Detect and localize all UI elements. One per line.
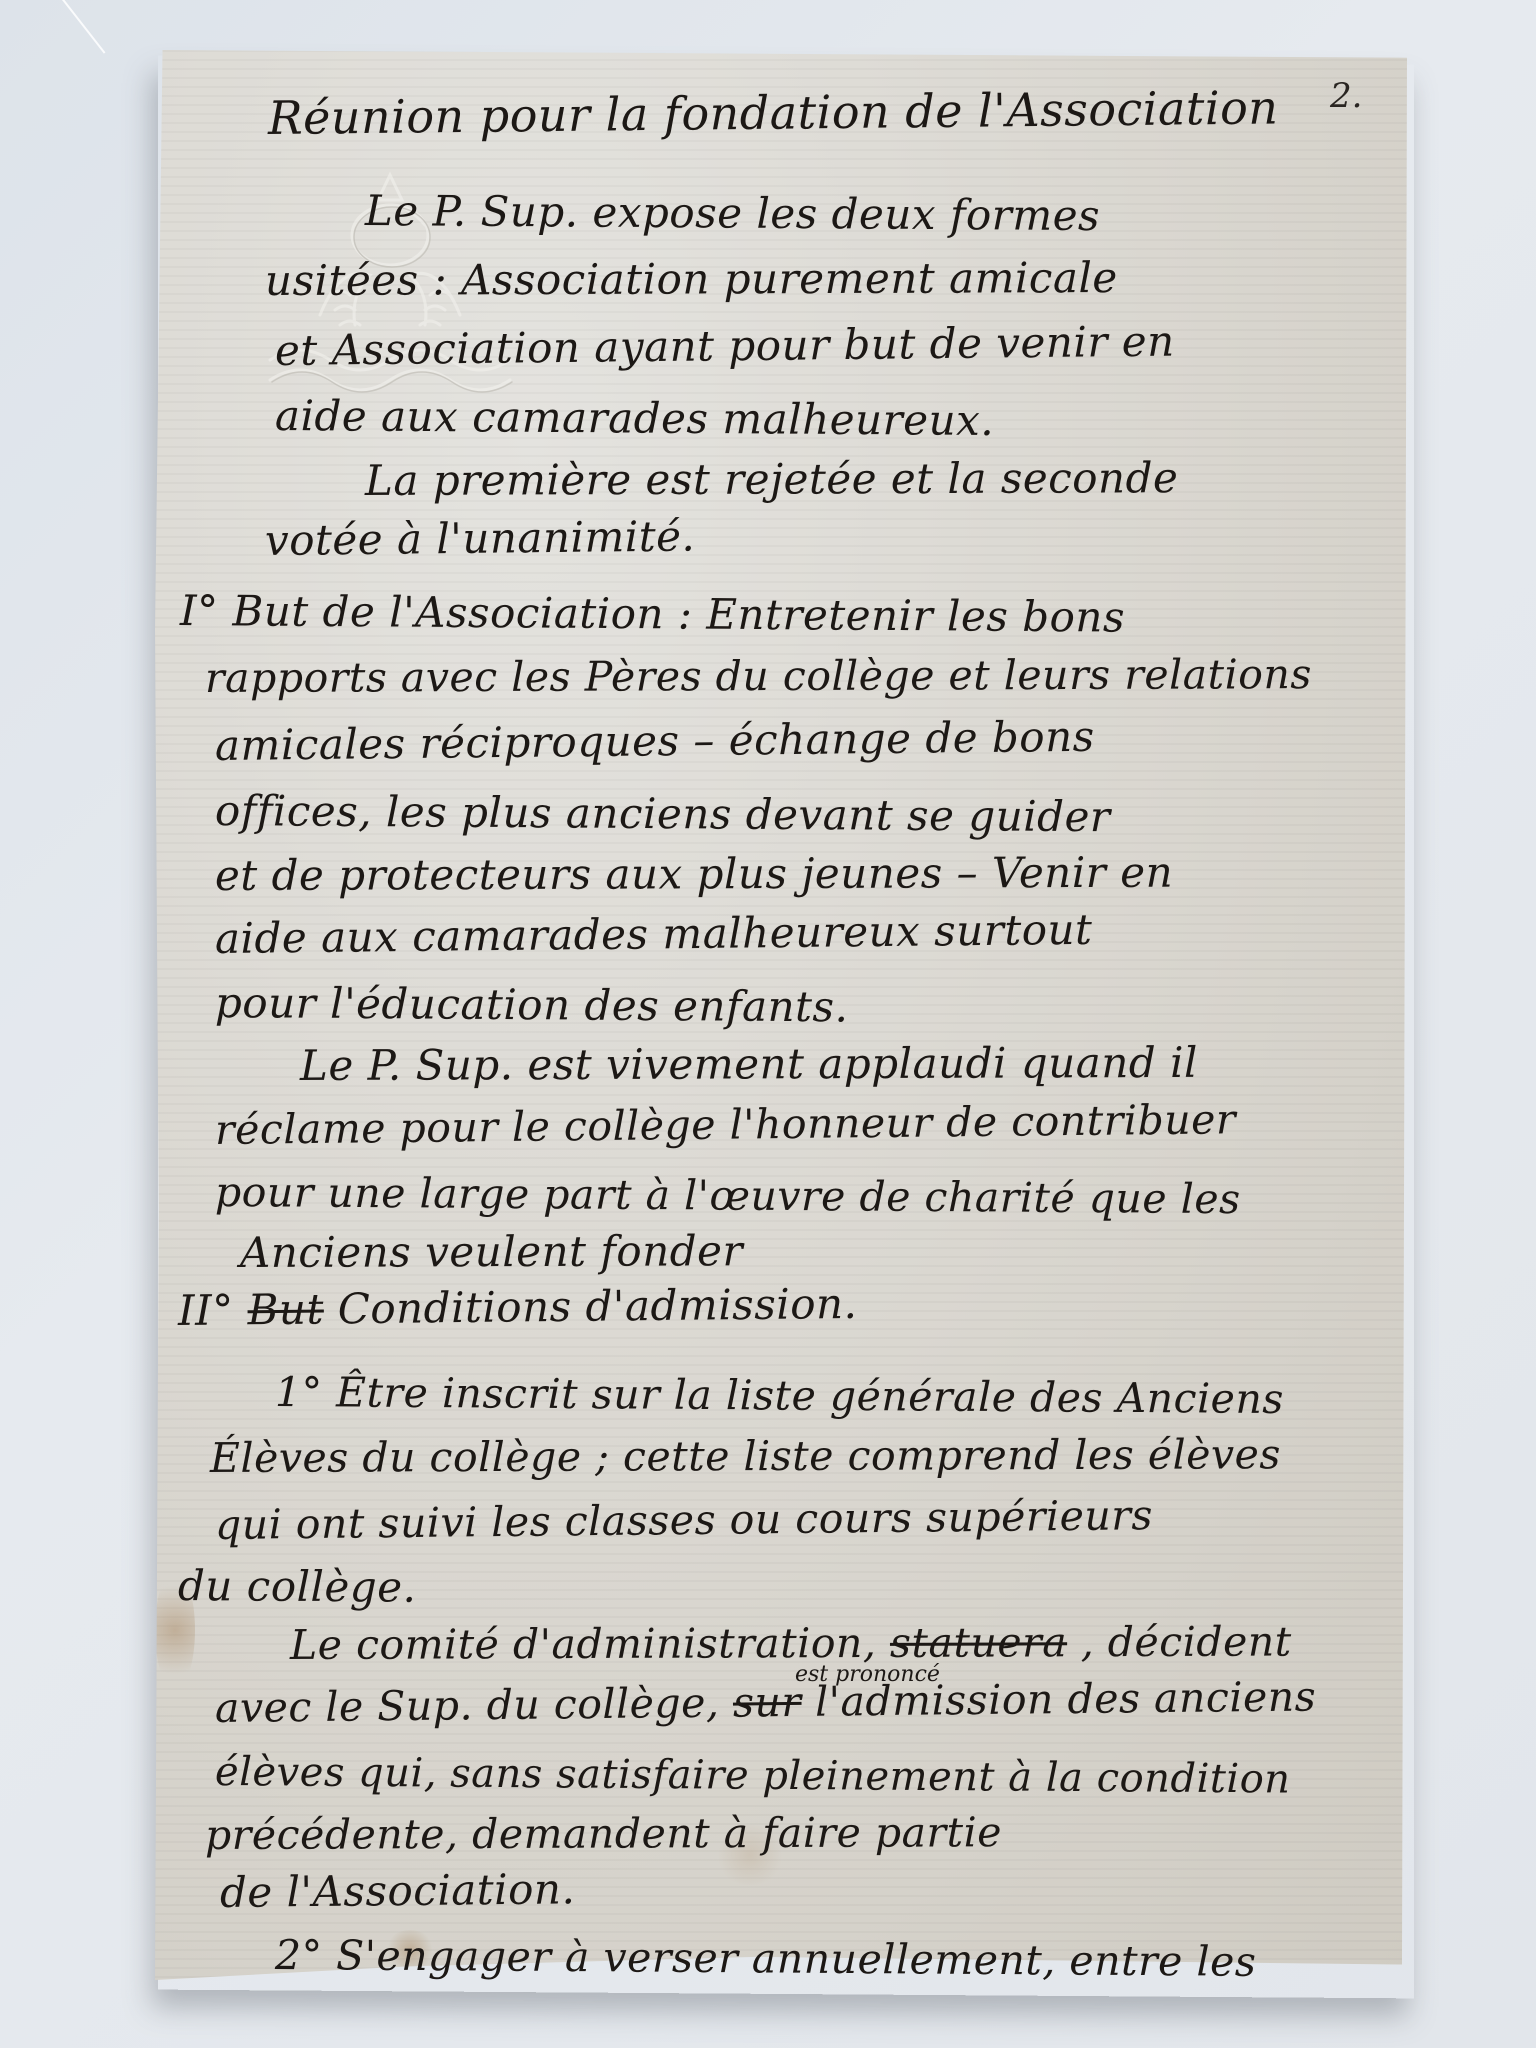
text: La première est rejetée et la seconde — [365, 453, 1178, 505]
manuscript-line: votée à l'unanimité. — [265, 515, 696, 562]
manuscript-line: 1° Être inscrit sur la liste générale de… — [275, 1372, 1284, 1420]
text: avec le Sup. du collège, — [215, 1679, 720, 1732]
manuscript-line: amicales réciproques – échange de bons — [215, 716, 1095, 767]
text: et de protecteurs aux plus jeunes – Veni… — [215, 848, 1173, 900]
text: usitées : Association purement amicale — [265, 253, 1118, 305]
manuscript-line: rapports avec les Pères du collège et le… — [205, 654, 1312, 699]
document-title: Réunion pour la fondation de l'Associati… — [268, 84, 1279, 141]
manuscript-line: aide aux camarades malheureux. — [275, 395, 994, 442]
manuscript-line: précédente, demandent à faire partie — [205, 1812, 1002, 1856]
manuscript-line: réclame pour le collège l'honneur de con… — [215, 1099, 1236, 1151]
manuscript-line: Le P. Sup. est vivement applaudi quand i… — [300, 1042, 1198, 1087]
manuscript-line: La première est rejetée et la seconde — [365, 457, 1178, 502]
manuscript-line: Le P. Sup. expose les deux formes — [365, 190, 1100, 237]
manuscript-line: aide aux camarades malheureux surtout — [215, 909, 1093, 960]
text: aide aux camarades malheureux. — [275, 391, 994, 445]
manuscript-line: qui ont suivi les classes ou cours supér… — [215, 1495, 1153, 1546]
struck-after: sur — [733, 1678, 802, 1727]
text: élèves qui, sans satisfaire pleinement à… — [215, 1749, 1291, 1803]
text: pour une large part à l'œuvre de charité… — [215, 1168, 1241, 1223]
struck: But — [247, 1284, 324, 1334]
text: Le comité d'administration, — [290, 1619, 877, 1669]
text: votée à l'unanimité. — [265, 511, 696, 565]
manuscript-line: Anciens veulent fonder — [240, 1230, 743, 1274]
manuscript-line: I° But de l'Association : Entretenir les… — [180, 590, 1125, 639]
text: Anciens veulent fonder — [240, 1226, 743, 1277]
text: précédente, demandent à faire partie — [205, 1808, 1002, 1859]
text: 2° S'engager à verser annuellement, entr… — [275, 1931, 1257, 1986]
text: amicales réciproques – échange de bons — [215, 712, 1095, 770]
text: du collège. — [178, 1561, 417, 1612]
text: 1° Être inscrit sur la liste générale de… — [275, 1368, 1284, 1423]
text: I° But de l'Association : Entretenir les… — [180, 586, 1125, 642]
page-number: 2. — [1330, 76, 1362, 116]
text: et Association ayant pour but de venir e… — [275, 317, 1175, 375]
prefix: II° — [178, 1285, 248, 1335]
manuscript-line: de l'Association. — [220, 1868, 576, 1914]
manuscript-line: pour une large part à l'œuvre de charité… — [215, 1172, 1241, 1220]
manuscript-line: élèves qui, sans satisfaire pleinement à… — [215, 1752, 1291, 1800]
text: Réunion pour la fondation de l'Associati… — [268, 80, 1279, 145]
text: aide aux camarades malheureux surtout — [215, 905, 1093, 963]
manuscript-line: usitées : Association purement amicale — [265, 257, 1118, 302]
manuscript-line: et de protecteurs aux plus jeunes – Veni… — [215, 852, 1173, 897]
text: Conditions d'admission. — [337, 1279, 857, 1333]
manuscript-line: pour l'éducation des enfants. — [215, 982, 849, 1028]
manuscript-line: II° But Conditions d'admission. — [178, 1283, 858, 1332]
struck-after: statuera — [890, 1618, 1067, 1667]
manuscript-line: Élèves du collège ; cette liste comprend… — [210, 1434, 1281, 1479]
text: pour l'éducation des enfants. — [215, 978, 849, 1031]
text: qui ont suivi les classes ou cours supér… — [215, 1491, 1153, 1549]
text: rapports avec les Pères du collège et le… — [205, 650, 1312, 702]
manuscript-line: Le comité d'administration, statuera , d… — [290, 1622, 1292, 1666]
interlinear-insertion: est prononcé — [795, 1662, 940, 1687]
manuscript-line: avec le Sup. du collège, sur l'admission… — [215, 1676, 1317, 1729]
text-after: , décident — [1081, 1618, 1292, 1667]
manuscript-line: du collège. — [178, 1565, 417, 1609]
manuscript-line: offices, les plus anciens devant se guid… — [215, 790, 1111, 838]
manuscript-line: 2° S'engager à verser annuellement, entr… — [275, 1935, 1257, 1983]
manuscript-line: et Association ayant pour but de venir e… — [275, 321, 1175, 372]
background-scratch — [62, 0, 105, 54]
text: Le P. Sup. est vivement applaudi quand i… — [300, 1038, 1198, 1090]
text: Le P. Sup. expose les deux formes — [365, 186, 1100, 240]
text: de l'Association. — [220, 1864, 576, 1917]
text: offices, les plus anciens devant se guid… — [215, 786, 1111, 841]
text: Élèves du collège ; cette liste comprend… — [210, 1430, 1281, 1482]
